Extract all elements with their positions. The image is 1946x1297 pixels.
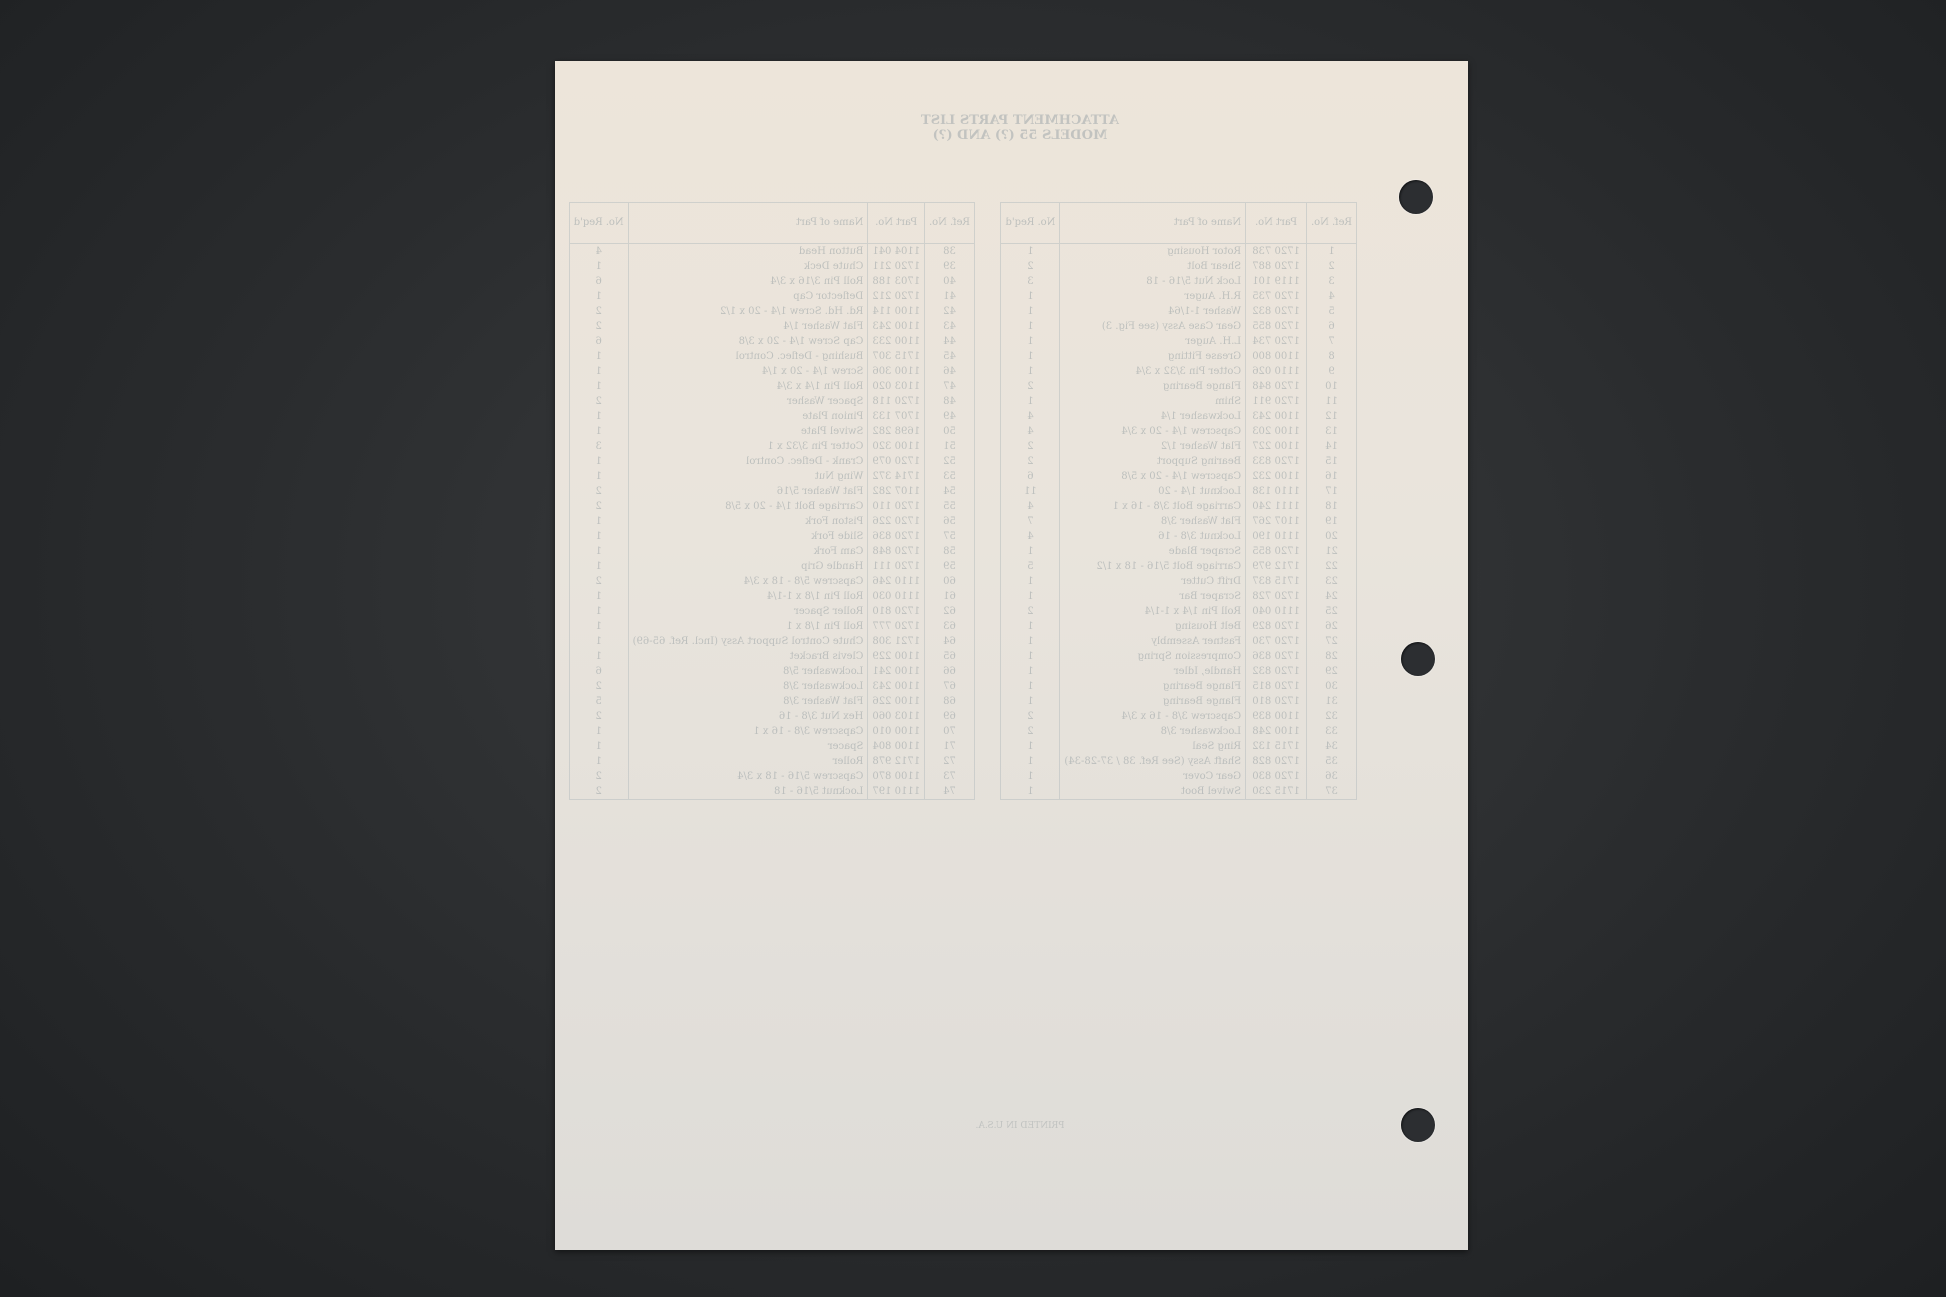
part-name-cell: Flange Bearing [1060,379,1246,394]
quantity-cell: 1 [1001,304,1060,319]
part-name-cell: Carriage Bolt 5/16 - 18 x 1/2 [1060,559,1246,574]
part-name-cell: Gear Case Assy (see Fig. 3) [1060,319,1246,334]
part-name-cell: Clevis Bracket [628,649,868,664]
part-number-cell: 1111 240 [1246,499,1307,514]
table-row: 621720 810Roller Spacer1 [569,604,974,619]
table-row: 421100 114Rd. Hd. Screw 1/4 - 20 x 1/22 [569,304,974,319]
quantity-cell: 2 [1001,454,1060,469]
part-name-cell: Carriage Bolt 3/8 - 16 x 1 [1060,499,1246,514]
table-row: 391720 211Chute Deck1 [569,259,974,274]
quantity-cell: 1 [1001,544,1060,559]
table-row: 561720 226Piston Fork1 [569,514,974,529]
table-row: 41720 735R.H. Auger1 [1001,289,1357,304]
ref-cell: 11 [1307,394,1357,409]
part-name-cell: Chute Control Support Assy (Incl. Ref. 6… [628,634,868,649]
table-row: 631720 777Roll Pin 1/8 x 11 [569,619,974,634]
table-row: 221712 979Carriage Bolt 5/16 - 18 x 1/25 [1001,559,1357,574]
part-number-cell: 1720 810 [868,604,925,619]
table-row: 271720 730Fastner Assembly1 [1001,634,1357,649]
quantity-cell: 1 [569,634,628,649]
part-name-cell: Gear Cover [1060,769,1246,784]
quantity-cell: 1 [569,619,628,634]
table-row: 341715 132Ring Seal1 [1001,739,1357,754]
table-row: 231715 837Drift Cutter1 [1001,574,1357,589]
quantity-cell: 1 [569,289,628,304]
header-name: Name of Part [628,203,868,244]
ref-cell: 21 [1307,544,1357,559]
table-row: 291720 832Handle, Idler1 [1001,664,1357,679]
part-number-cell: 1720 855 [1246,544,1307,559]
part-number-cell: 1100 233 [868,334,925,349]
quantity-cell: 5 [569,694,628,709]
part-name-cell: Belt Housing [1060,619,1246,634]
part-number-cell: 1100 114 [868,304,925,319]
part-name-cell: Roll Pin 1/8 x 1 [628,619,868,634]
ref-cell: 68 [925,694,975,709]
part-number-cell: 1720 735 [1246,289,1307,304]
ref-cell: 35 [1307,754,1357,769]
table-row: 551720 110Carriage Bolt 1/4 - 20 x 5/82 [569,499,974,514]
quantity-cell: 1 [569,454,628,469]
ref-cell: 67 [925,679,975,694]
part-name-cell: Spacer Washer [628,394,868,409]
table-row: 101720 848Flange Bearing2 [1001,379,1357,394]
quantity-cell: 2 [569,784,628,800]
part-number-cell: 1698 282 [868,424,925,439]
quantity-cell: 1 [1001,634,1060,649]
part-number-cell: 1100 227 [1246,439,1307,454]
ref-cell: 58 [925,544,975,559]
part-name-cell: Rd. Hd. Screw 1/4 - 20 x 1/2 [628,304,868,319]
part-number-cell: 1119 101 [1246,274,1307,289]
part-number-cell: 1720 777 [868,619,925,634]
quantity-cell: 1 [569,649,628,664]
ref-cell: 17 [1307,484,1357,499]
table-row: 671100 243Lockwasher 3/82 [569,679,974,694]
part-name-cell: Cotter Pin 3/32 x 1 [628,439,868,454]
quantity-cell: 6 [1001,469,1060,484]
part-number-cell: 1720 118 [868,394,925,409]
table-row: 641721 308Chute Control Support Assy (In… [569,634,974,649]
quantity-cell: 2 [569,679,628,694]
table-row: 331100 248Lockwasher 3/82 [1001,724,1357,739]
ref-cell: 29 [1307,664,1357,679]
part-name-cell: Screw 1/4 - 20 x 1/4 [628,364,868,379]
ref-cell: 74 [925,784,975,800]
part-number-cell: 1720 828 [1246,754,1307,769]
ref-cell: 70 [925,724,975,739]
ref-cell: 36 [1307,769,1357,784]
table-row: 181111 240Carriage Bolt 3/8 - 16 x 14 [1001,499,1357,514]
part-name-cell: Handle Grip [628,559,868,574]
table-row: 711100 804Spacer1 [569,739,974,754]
table-row: 351720 828Shaft Assy (See Ref. 38 / 37-2… [1001,754,1357,769]
table-row: 381104 041Button Head4 [569,244,974,260]
part-name-cell: Flat Washer 3/8 [628,694,868,709]
quantity-cell: 1 [569,544,628,559]
part-number-cell: 1100 232 [1246,469,1307,484]
part-name-cell: Rotor Housing [1060,244,1246,260]
table-row: 121100 243Lockwasher 1/44 [1001,409,1357,424]
part-number-cell: 1720 829 [1246,619,1307,634]
ref-cell: 32 [1307,709,1357,724]
ref-cell: 46 [925,364,975,379]
table-row: 241720 728Scraper Bar1 [1001,589,1357,604]
quantity-cell: 2 [1001,709,1060,724]
part-number-cell: 1720 848 [868,544,925,559]
part-number-cell: 1707 133 [868,409,925,424]
part-name-cell: Piston Fork [628,514,868,529]
ref-cell: 19 [1307,514,1357,529]
table-row: 571720 836Slide Fork1 [569,529,974,544]
quantity-cell: 2 [1001,439,1060,454]
quantity-cell: 2 [569,484,628,499]
ref-cell: 10 [1307,379,1357,394]
table-row: 521720 079Crank - Deflec. Control1 [569,454,974,469]
quantity-cell: 1 [569,739,628,754]
part-name-cell: Roll Pin 1/4 x 1-1/4 [1060,604,1246,619]
part-number-cell: 1715 307 [868,349,925,364]
part-name-cell: Lock Nut 5/16 - 18 [1060,274,1246,289]
quantity-cell: 1 [569,754,628,769]
ref-cell: 65 [925,649,975,664]
table-row: 261720 829Belt Housing1 [1001,619,1357,634]
part-name-cell: Cotter Pin 3/32 x 3/4 [1060,364,1246,379]
quantity-cell: 6 [569,334,628,349]
part-number-cell: 1720 738 [1246,244,1307,260]
part-name-cell: Flat Washer 5/16 [628,484,868,499]
part-number-cell: 1103 060 [868,709,925,724]
header-req: No. Req'd [1001,203,1060,244]
part-name-cell: Chute Deck [628,259,868,274]
part-name-cell: Flat Washer 1/4 [628,319,868,334]
part-number-cell: 1100 010 [868,724,925,739]
part-number-cell: 1100 243 [1246,409,1307,424]
ref-cell: 55 [925,499,975,514]
part-name-cell: Capscrew 5/16 - 18 x 3/4 [628,769,868,784]
table-row: 131100 203Capscrew 1/4 - 20 x 3/44 [1001,424,1357,439]
quantity-cell: 1 [1001,289,1060,304]
part-name-cell: Scraper Blade [1060,544,1246,559]
part-name-cell: Grease Fitting [1060,349,1246,364]
table-row: 491707 133Pinion Plate1 [569,409,974,424]
part-name-cell: Washer 1-1/64 [1060,304,1246,319]
table-row: 471103 020Roll Pin 1/4 x 3/41 [569,379,974,394]
part-number-cell: 1714 372 [868,469,925,484]
ref-cell: 52 [925,454,975,469]
table-row: 441100 233Cap Screw 1/4 - 20 x 3/86 [569,334,974,349]
quantity-cell: 1 [569,469,628,484]
table-row: 461100 306Screw 1/4 - 20 x 1/41 [569,364,974,379]
part-number-cell: 1720 855 [1246,319,1307,334]
ref-cell: 63 [925,619,975,634]
ref-cell: 48 [925,394,975,409]
quantity-cell: 1 [569,364,628,379]
part-name-cell: Bushing - Deflec. Control [628,349,868,364]
ref-cell: 8 [1307,349,1357,364]
part-number-cell: 1100 306 [868,364,925,379]
quantity-cell: 1 [569,604,628,619]
part-name-cell: Roller [628,754,868,769]
part-name-cell: Lockwasher 3/8 [1060,724,1246,739]
quantity-cell: 1 [569,259,628,274]
part-name-cell: Capscrew 5/8 - 18 x 3/4 [628,574,868,589]
part-number-cell: 1110 030 [868,589,925,604]
table-row: 191107 267Flat Washer 3/87 [1001,514,1357,529]
part-number-cell: 1720 832 [1246,304,1307,319]
part-name-cell: Capscrew 1/4 - 20 x 5/8 [1060,469,1246,484]
quantity-cell: 2 [569,394,628,409]
quantity-cell: 1 [1001,754,1060,769]
quantity-cell: 2 [569,319,628,334]
ref-cell: 23 [1307,574,1357,589]
part-number-cell: 1720 111 [868,559,925,574]
table-row: 91110 026Cotter Pin 3/32 x 3/41 [1001,364,1357,379]
part-number-cell: 1712 979 [1246,559,1307,574]
part-name-cell: Button Head [628,244,868,260]
table-row: 321100 839Capscrew 3/8 - 16 x 3/42 [1001,709,1357,724]
quantity-cell: 3 [1001,274,1060,289]
part-name-cell: Wing Nut [628,469,868,484]
quantity-cell: 4 [569,244,628,260]
table-row: 111720 911Shim1 [1001,394,1357,409]
table-row: 591720 111Handle Grip1 [569,559,974,574]
part-name-cell: Flange Bearing [1060,694,1246,709]
table-row: 451715 307Bushing - Deflec. Control1 [569,349,974,364]
table-row: 281720 836Compression Spring1 [1001,649,1357,664]
quantity-cell: 1 [1001,619,1060,634]
part-number-cell: 1100 870 [868,769,925,784]
parts-table-right: Ref. No. Part No. Name of Part No. Req'd… [1000,202,1357,800]
ref-cell: 37 [1307,784,1357,800]
part-number-cell: 1100 804 [868,739,925,754]
part-name-cell: Lockwasher 5/8 [628,664,868,679]
part-name-cell: Locknut 3/8 - 16 [1060,529,1246,544]
quantity-cell: 2 [1001,724,1060,739]
table-row: 61720 855Gear Case Assy (see Fig. 3)1 [1001,319,1357,334]
part-name-cell: Fastner Assembly [1060,634,1246,649]
quantity-cell: 1 [569,529,628,544]
part-number-cell: 1720 728 [1246,589,1307,604]
quantity-cell: 1 [1001,649,1060,664]
ref-cell: 2 [1307,259,1357,274]
table-row: 651100 229Clevis Bracket1 [569,649,974,664]
ref-cell: 6 [1307,319,1357,334]
part-number-cell: 1720 211 [868,259,925,274]
part-number-cell: 1720 730 [1246,634,1307,649]
ref-cell: 18 [1307,499,1357,514]
quantity-cell: 1 [1001,364,1060,379]
ref-cell: 25 [1307,604,1357,619]
part-name-cell: Flat Washer 3/8 [1060,514,1246,529]
table-row: 691103 060Hex Nut 3/8 - 162 [569,709,974,724]
ref-cell: 26 [1307,619,1357,634]
ref-cell: 43 [925,319,975,334]
page-footer: PRINTED IN U.S.A. [855,1121,1185,1131]
part-name-cell: Drift Cutter [1060,574,1246,589]
quantity-cell: 3 [569,439,628,454]
part-number-cell: 1720 734 [1246,334,1307,349]
part-number-cell: 1715 837 [1246,574,1307,589]
ref-cell: 62 [925,604,975,619]
quantity-cell: 1 [1001,589,1060,604]
part-number-cell: 1100 203 [1246,424,1307,439]
ref-cell: 16 [1307,469,1357,484]
part-name-cell: Handle, Idler [1060,664,1246,679]
ref-cell: 9 [1307,364,1357,379]
part-number-cell: 1100 241 [868,664,925,679]
ref-cell: 49 [925,409,975,424]
ref-cell: 40 [925,274,975,289]
part-number-cell: 1712 978 [868,754,925,769]
punch-hole-top [1399,180,1433,214]
part-number-cell: 1104 041 [868,244,925,260]
part-number-cell: 1107 267 [1246,514,1307,529]
table-row: 71720 734L.H. Auger1 [1001,334,1357,349]
quantity-cell: 7 [1001,514,1060,529]
ref-cell: 24 [1307,589,1357,604]
quantity-cell: 4 [1001,424,1060,439]
part-name-cell: R.H. Auger [1060,289,1246,304]
ref-cell: 13 [1307,424,1357,439]
part-name-cell: Flat Washer 1/2 [1060,439,1246,454]
table-row: 141100 227Flat Washer 1/22 [1001,439,1357,454]
part-name-cell: Cap Screw 1/4 - 20 x 3/8 [628,334,868,349]
part-number-cell: 1110 040 [1246,604,1307,619]
part-name-cell: Roll Pin 3/16 x 3/4 [628,274,868,289]
ref-cell: 39 [925,259,975,274]
part-name-cell: Swivel Plate [628,424,868,439]
quantity-cell: 2 [1001,379,1060,394]
quantity-cell: 2 [569,574,628,589]
part-number-cell: 1720 212 [868,289,925,304]
ref-cell: 69 [925,709,975,724]
part-number-cell: 1721 308 [868,634,925,649]
table-row: 251110 040Roll Pin 1/4 x 1-1/42 [1001,604,1357,619]
quantity-cell: 1 [569,349,628,364]
ref-cell: 4 [1307,289,1357,304]
ref-cell: 3 [1307,274,1357,289]
part-name-cell: Lockwasher 1/4 [1060,409,1246,424]
ref-cell: 28 [1307,649,1357,664]
quantity-cell: 6 [569,274,628,289]
table-row: 211720 855Scraper Blade1 [1001,544,1357,559]
part-number-cell: 1720 887 [1246,259,1307,274]
quantity-cell: 1 [1001,784,1060,800]
ref-cell: 66 [925,664,975,679]
table-row: 541107 282Flat Washer 5/162 [569,484,974,499]
part-number-cell: 1100 248 [1246,724,1307,739]
quantity-cell: 1 [1001,394,1060,409]
table-row: 51720 832Washer 1-1/641 [1001,304,1357,319]
ref-cell: 15 [1307,454,1357,469]
quantity-cell: 4 [1001,529,1060,544]
part-name-cell: Carriage Bolt 1/4 - 20 x 5/8 [628,499,868,514]
quantity-cell: 1 [569,379,628,394]
part-name-cell: Scraper Bar [1060,589,1246,604]
part-name-cell: Deflector Cap [628,289,868,304]
part-number-cell: 1720 836 [868,529,925,544]
punch-hole-bottom [1401,1108,1435,1142]
quantity-cell: 6 [569,664,628,679]
quantity-cell: 1 [1001,679,1060,694]
part-name-cell: Cam Fork [628,544,868,559]
parts-table-left: Ref. No. Part No. Name of Part No. Req'd… [605,202,975,800]
title-line-1: ATTACHMENT PARTS LIST [855,113,1185,128]
part-number-cell: 1100 839 [1246,709,1307,724]
table-row: 401703 188Roll Pin 3/16 x 3/46 [569,274,974,289]
paper-sheet: ATTACHMENT PARTS LIST MODELS 55 (?) AND … [555,61,1468,1250]
part-name-cell: Shim [1060,394,1246,409]
part-name-cell: Hex Nut 3/8 - 16 [628,709,868,724]
part-number-cell: 1110 246 [868,574,925,589]
part-number-cell: 1100 320 [868,439,925,454]
ref-cell: 57 [925,529,975,544]
table-row: 31119 101Lock Nut 5/16 - 183 [1001,274,1357,289]
part-number-cell: 1110 026 [1246,364,1307,379]
quantity-cell: 2 [569,709,628,724]
table-row: 611110 030Roll Pin 1/8 x 1-1/41 [569,589,974,604]
header-part: Part No. [868,203,925,244]
table-row: 201110 190Locknut 3/8 - 164 [1001,529,1357,544]
part-name-cell: Crank - Deflec. Control [628,454,868,469]
part-name-cell: Bearing Support [1060,454,1246,469]
page-title: ATTACHMENT PARTS LIST MODELS 55 (?) AND … [855,113,1185,143]
ref-cell: 71 [925,739,975,754]
part-name-cell: Lockwasher 3/8 [628,679,868,694]
ref-cell: 54 [925,484,975,499]
ref-cell: 72 [925,754,975,769]
ref-cell: 14 [1307,439,1357,454]
ref-cell: 47 [925,379,975,394]
ref-cell: 56 [925,514,975,529]
part-number-cell: 1100 226 [868,694,925,709]
header-part: Part No. [1246,203,1307,244]
quantity-cell: 1 [1001,319,1060,334]
part-name-cell: Swivel Boot [1060,784,1246,800]
ref-cell: 38 [925,244,975,260]
table-row: 721712 978Roller1 [569,754,974,769]
ref-cell: 34 [1307,739,1357,754]
quantity-cell: 1 [1001,664,1060,679]
table-row: 581720 848Cam Fork1 [569,544,974,559]
table-row: 11720 738Rotor Housing1 [1001,244,1357,260]
part-number-cell: 1107 282 [868,484,925,499]
quantity-cell: 1 [1001,334,1060,349]
quantity-cell: 1 [1001,244,1060,260]
part-number-cell: 1703 188 [868,274,925,289]
part-name-cell: Shear Bolt [1060,259,1246,274]
part-name-cell: Slide Fork [628,529,868,544]
part-name-cell: Capscrew 1/4 - 20 x 3/4 [1060,424,1246,439]
table-row: 701100 010Capscrew 3/8 - 16 x 11 [569,724,974,739]
part-number-cell: 1720 226 [868,514,925,529]
ref-cell: 20 [1307,529,1357,544]
quantity-cell: 1 [1001,739,1060,754]
ref-cell: 22 [1307,559,1357,574]
part-name-cell: Locknut 5/16 - 18 [628,784,868,800]
quantity-cell: 2 [569,499,628,514]
part-number-cell: 1720 110 [868,499,925,514]
quantity-cell: 1 [1001,769,1060,784]
title-line-2: MODELS 55 (?) AND (?) [855,128,1185,143]
part-number-cell: 1715 132 [1246,739,1307,754]
part-name-cell: Ring Seal [1060,739,1246,754]
ref-cell: 33 [1307,724,1357,739]
table-row: 511100 320Cotter Pin 3/32 x 13 [569,439,974,454]
ref-cell: 53 [925,469,975,484]
table-row: 741110 197Locknut 5/16 - 182 [569,784,974,800]
